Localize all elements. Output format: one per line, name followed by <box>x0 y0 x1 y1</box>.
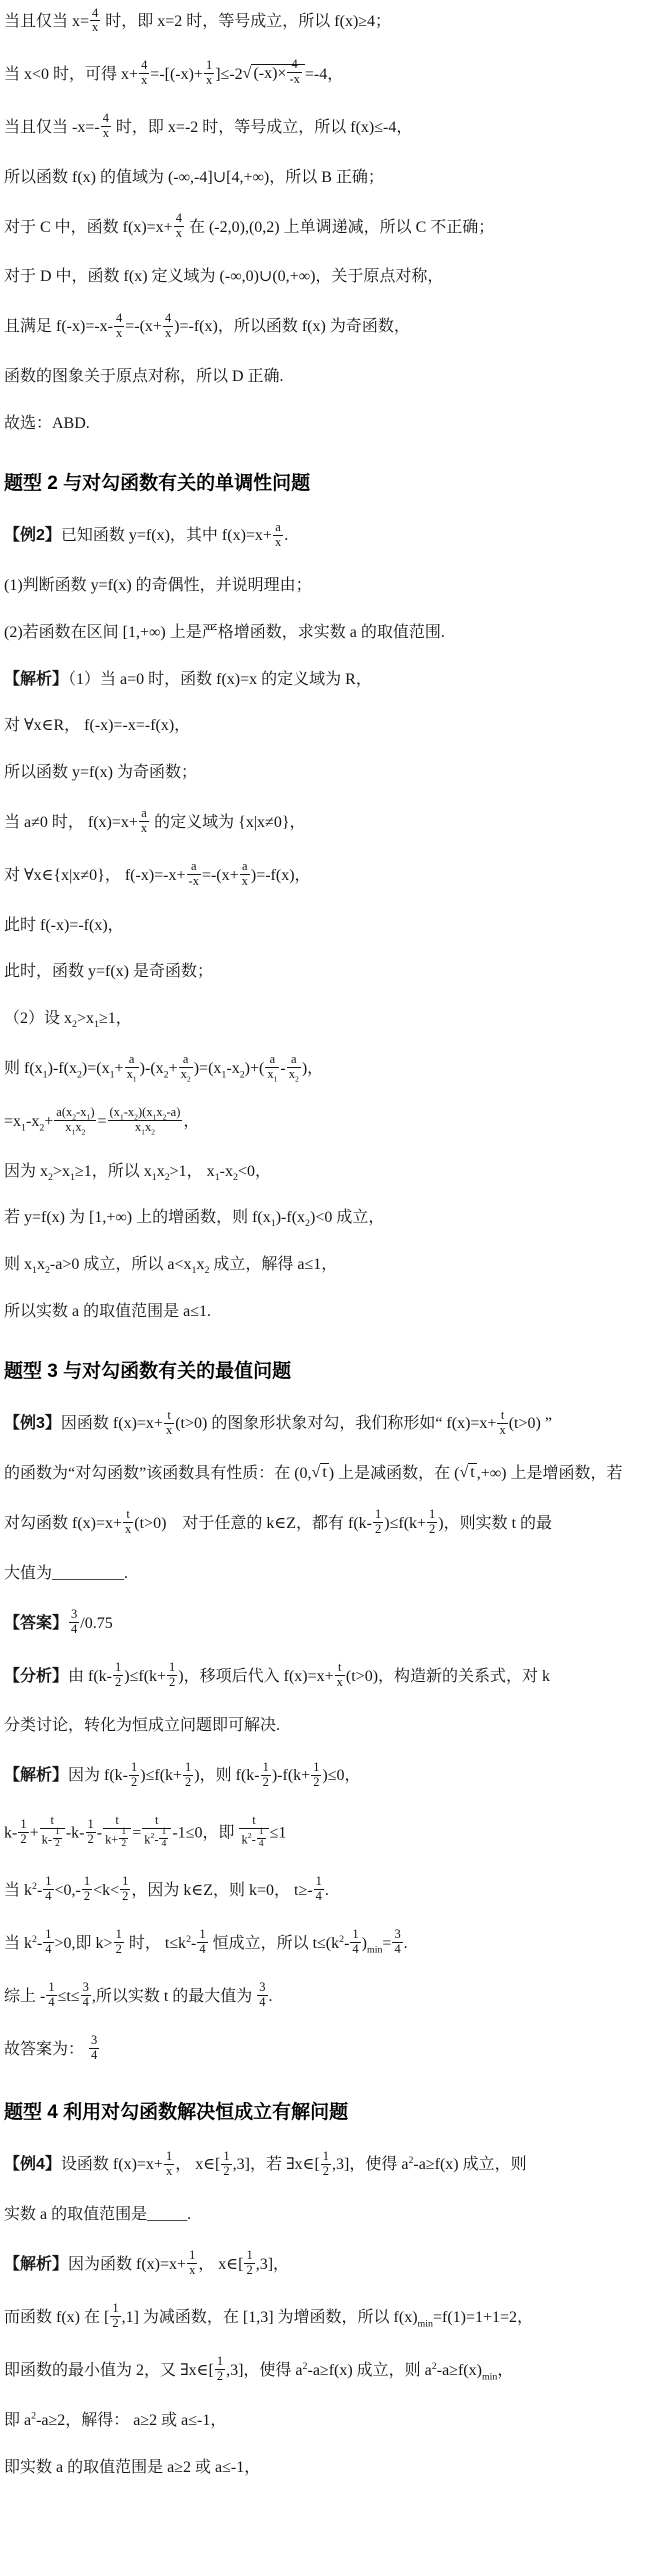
fraction: ax2 <box>287 1053 301 1082</box>
fraction: tx <box>335 1661 345 1690</box>
math-line: 对 ∀x∈{x|x≠0}， f(-x)=-x+a-x=-(x+ax)=-f(x)… <box>4 862 647 891</box>
math-document: 当且仅当 x=4x 时，即 x=2 时，等号成立，所以 f(x)≥4；当 x<0… <box>0 0 652 2515</box>
section-heading: 题型 2 与对勾函数有关的单调性问题 <box>4 472 647 497</box>
sqrt-radical: √(-x)×4-x <box>243 60 305 89</box>
fraction: 12 <box>18 1818 28 1847</box>
fraction: ax <box>139 807 149 836</box>
math-line: 当且仅当 x=4x 时，即 x=2 时，等号成立，所以 f(x)≥4； <box>4 8 647 37</box>
sqrt-radical: √t <box>312 1462 329 1485</box>
fraction: a(x2-x1)x1x2 <box>54 1106 96 1135</box>
fraction: 12 <box>167 1661 177 1690</box>
fraction: 12 <box>427 1508 437 1537</box>
math-line: 且满足 f(-x)=-x-4x=-(x+4x)=-f(x)，所以函数 f(x) … <box>4 313 647 342</box>
fraction: 14 <box>46 1981 56 2010</box>
fraction: 12 <box>261 1761 271 1790</box>
math-line: 即 a2-a≥2，解得： a≥2 或 a≤-1， <box>4 2410 647 2433</box>
fraction: 12 <box>114 1928 124 1957</box>
math-line: 当 k2-14<0,-12<k<12，因为 k∈Z，则 k=0， t≥-14. <box>4 1877 647 1906</box>
math-line: 当 k2-14>0,即 k>12 时， t≤k2-14 恒成立，所以 t≤(k2… <box>4 1930 647 1959</box>
math-line: 【例3】因函数 f(x)=x+tx(t>0) 的图象形状象对勾，我们称形如“ f… <box>4 1410 647 1439</box>
math-line: 所以实数 a 的取值范围是 a≤1. <box>4 1301 647 1324</box>
fraction: 14 <box>314 1875 324 1904</box>
math-line: 【解析】（1）当 a=0 时，函数 f(x)=x 的定义域为 R， <box>4 669 647 692</box>
fraction: 4-x <box>287 58 301 87</box>
math-line: 则 x1x2-a>0 成立，所以 a<x1x2 成立，解得 a≤1， <box>4 1254 647 1277</box>
fraction: 14 <box>43 1928 53 1957</box>
fraction: ax2 <box>179 1053 193 1082</box>
fraction: tk2-14 <box>239 1814 268 1852</box>
fraction: 12 <box>373 1508 383 1537</box>
math-line: 故答案为： 34 <box>4 2036 647 2065</box>
math-line: 的函数为“对勾函数”该函数具有性质：在 (0,√t) 上是减函数，在 (√t,+… <box>4 1463 647 1486</box>
math-line: 所以函数 y=f(x) 为奇函数； <box>4 762 647 785</box>
fraction: a-x <box>187 860 201 889</box>
math-line: k-12+tk-12-k-12-tk+12=tk2-14-1≤0，即 tk2-1… <box>4 1815 647 1853</box>
math-line: 此时，函数 y=f(x) 是奇函数； <box>4 961 647 984</box>
fraction: 1x <box>164 2150 174 2179</box>
fraction: tk-12 <box>40 1814 65 1852</box>
fraction: 34 <box>257 1981 267 2010</box>
fraction: ax1 <box>265 1053 279 1082</box>
fraction: 34 <box>81 1981 91 2010</box>
fraction: 1x <box>187 2249 197 2278</box>
math-line: 大值为_________. <box>4 1563 647 1586</box>
fraction: 12 <box>86 1818 96 1847</box>
math-line: 若 y=f(x) 为 [1,+∞) 上的增函数，则 f(x1)-f(x2)<0 … <box>4 1207 647 1230</box>
fraction: ax <box>273 521 283 550</box>
math-line: 【解析】因为函数 f(x)=x+1x， x∈[12,3]， <box>4 2251 647 2280</box>
math-line: 当 x<0 时，可得 x+4x=-[(-x)+1x]≤-2√(-x)×4-x=-… <box>4 61 647 90</box>
math-line: 则 f(x1)-f(x2)=(x1+ax1)-(x2+ax2)=(x1-x2)+… <box>4 1055 647 1084</box>
fraction: 4x <box>101 112 111 141</box>
fraction: 12 <box>129 1761 139 1790</box>
fraction: 12 <box>119 1827 128 1850</box>
fraction: 14 <box>197 1928 207 1957</box>
fraction: 12 <box>53 1827 62 1850</box>
fraction: 1x <box>204 59 214 88</box>
fraction: 14 <box>43 1875 53 1904</box>
fraction: 12 <box>311 1761 321 1790</box>
math-line: 【例4】设函数 f(x)=x+1x， x∈[12,3]，若 ∃x∈[12,3]，… <box>4 2151 647 2180</box>
fraction: (x1-x2)(x1x2-a)x1x2 <box>108 1106 183 1135</box>
math-line: 实数 a 的取值范围是_____. <box>4 2204 647 2227</box>
fraction: 34 <box>89 2034 99 2063</box>
math-line: 【例2】已知函数 y=f(x)，其中 f(x)=x+ax. <box>4 522 647 551</box>
fraction: 14 <box>257 1827 266 1850</box>
fraction: 12 <box>120 1875 130 1904</box>
math-line: 对勾函数 f(x)=x+tx(t>0) 对于任意的 k∈Z，都有 f(k-12)… <box>4 1510 647 1539</box>
math-line: （2）设 x2>x1≥1， <box>4 1008 647 1031</box>
math-line: 【答案】34/0.75 <box>4 1610 647 1639</box>
fraction: 12 <box>221 2150 231 2179</box>
math-line: 对 ∀x∈R， f(-x)=-x=-f(x)， <box>4 715 647 738</box>
math-line: 因为 x2>x1≥1，所以 x1x2>1， x1-x2<0， <box>4 1161 647 1184</box>
fraction: tx <box>164 1409 174 1438</box>
fraction: ax1 <box>125 1053 139 1082</box>
fraction: 14 <box>350 1928 360 1957</box>
fraction: 14 <box>159 1827 168 1850</box>
section-heading: 题型 3 与对勾函数有关的最值问题 <box>4 1360 647 1385</box>
fraction: ax <box>240 860 250 889</box>
math-line: =x1-x2+a(x2-x1)x1x2=(x1-x2)(x1x2-a)x1x2， <box>4 1108 647 1137</box>
math-line: 当且仅当 -x=-4x 时，即 x=-2 时，等号成立，所以 f(x)≤-4， <box>4 114 647 143</box>
fraction: 4x <box>114 312 124 341</box>
fraction: 12 <box>110 2302 120 2331</box>
math-line: 即实数 a 的取值范围是 a≥2 或 a≤-1， <box>4 2457 647 2480</box>
math-line: 函数的图象关于原点对称，所以 D 正确. <box>4 366 647 389</box>
fraction: tx <box>123 1508 133 1537</box>
fraction: 12 <box>321 2150 331 2179</box>
math-line: 综上 -14≤t≤34,所以实数 t 的最大值为 34. <box>4 1983 647 2012</box>
math-line: 而函数 f(x) 在 [12,1] 为减函数，在 [1,3] 为增函数，所以 f… <box>4 2304 647 2333</box>
math-line: 【解析】因为 f(k-12)≤f(k+12)，则 f(k-12)-f(k+12)… <box>4 1762 647 1791</box>
fraction: 12 <box>113 1661 123 1690</box>
sqrt-radical: √t <box>459 1462 476 1485</box>
fraction: 12 <box>183 1761 193 1790</box>
section-heading: 题型 4 利用对勾函数解决恒成立有解问题 <box>4 2101 647 2126</box>
fraction: 4x <box>174 212 184 241</box>
fraction: tk2-14 <box>142 1814 171 1852</box>
fraction: 4x <box>90 7 100 36</box>
fraction: tx <box>497 1409 507 1438</box>
fraction: 4x <box>163 312 173 341</box>
fraction: 12 <box>244 2249 254 2278</box>
math-line: 所以函数 f(x) 的值域为 (-∞,-4]∪[4,+∞)，所以 B 正确； <box>4 167 647 190</box>
fraction: 4x <box>139 59 149 88</box>
math-line: 对于 C 中，函数 f(x)=x+4x 在 (-2,0),(0,2) 上单调递减… <box>4 214 647 243</box>
math-line: 【分析】由 f(k-12)≤f(k+12)，移项后代入 f(x)=x+tx(t>… <box>4 1663 647 1692</box>
math-line: 对于 D 中，函数 f(x) 定义域为 (-∞,0)∪(0,+∞)，关于原点对称… <box>4 266 647 289</box>
fraction: 34 <box>69 1608 79 1637</box>
fraction: tk+12 <box>103 1814 131 1852</box>
math-line: 当 a≠0 时， f(x)=x+ax 的定义域为 {x|x≠0}， <box>4 809 647 838</box>
math-line: 即函数的最小值为 2，又 ∃x∈[12,3]，使得 a2-a≥f(x) 成立，则… <box>4 2357 647 2386</box>
fraction: 12 <box>82 1875 92 1904</box>
math-line: 分类讨论，转化为恒成立问题即可解决. <box>4 1715 647 1738</box>
fraction: 34 <box>392 1928 402 1957</box>
math-line: 故选：ABD. <box>4 413 647 436</box>
math-line: (1)判断函数 y=f(x) 的奇偶性，并说明理由； <box>4 575 647 598</box>
fraction: 12 <box>215 2355 225 2384</box>
math-line: 此时 f(-x)=-f(x)， <box>4 915 647 938</box>
math-line: (2)若函数在区间 [1,+∞) 上是严格增函数，求实数 a 的取值范围. <box>4 622 647 645</box>
